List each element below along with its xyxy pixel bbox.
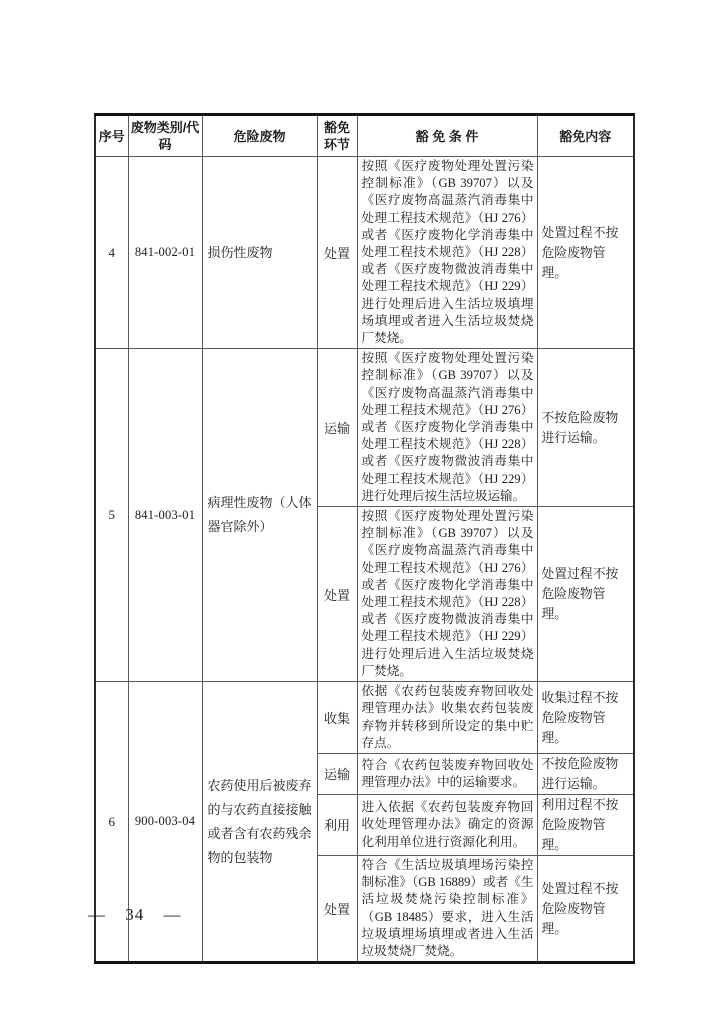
cell-waste-code: 841-002-01 <box>128 157 202 349</box>
cell-exemption-condition: 依据《农药包装废弃物回收处理管理办法》收集农药包装废弃物并转移到所设定的集中贮存… <box>357 682 537 754</box>
cell-exemption-stage: 收集 <box>317 682 357 754</box>
cell-exemption-content: 不按危险废物进行运输。 <box>537 349 634 507</box>
table-header-row: 序号 废物类别/代码 危险废物 豁免环节 豁 免 条 件 豁免内容 <box>95 115 634 157</box>
cell-waste-name: 农药使用后被废弃的与农药直接接触或者含有农药残余物的包装物 <box>202 682 317 963</box>
page-number: — 34 — <box>88 905 182 925</box>
cell-exemption-condition: 符合《农药包装废弃物回收处理管理办法》中的运输要求。 <box>357 753 537 794</box>
col-header-serial: 序号 <box>95 115 128 157</box>
hazardous-waste-exemption-table: 序号 废物类别/代码 危险废物 豁免环节 豁 免 条 件 豁免内容 4 841-… <box>94 113 635 964</box>
cell-serial-no: 4 <box>95 157 128 349</box>
cell-waste-name: 病理性废物（人体器官除外） <box>202 349 317 682</box>
col-header-category-code: 废物类别/代码 <box>128 115 202 157</box>
cell-exemption-condition: 按照《医疗废物处理处置污染控制标准》（GB 39707）以及《医疗废物高温蒸汽消… <box>357 349 537 507</box>
table-row-6a: 6 900-003-04 农药使用后被废弃的与农药直接接触或者含有农药残余物的包… <box>95 682 634 754</box>
cell-exemption-stage: 利用 <box>317 794 357 855</box>
cell-exemption-content: 利用过程不按危险废物管理。 <box>537 794 634 855</box>
cell-exemption-content: 处置过程不按危险废物管理。 <box>537 157 634 349</box>
col-header-exemption-stage: 豁免环节 <box>317 115 357 157</box>
cell-exemption-stage: 处置 <box>317 157 357 349</box>
cell-exemption-content: 不按危险废物进行运输。 <box>537 753 634 794</box>
cell-exemption-content: 处置过程不按危险废物管理。 <box>537 855 634 962</box>
table-row-5a: 5 841-003-01 病理性废物（人体器官除外） 运输 按照《医疗废物处理处… <box>95 349 634 507</box>
col-header-exemption-content: 豁免内容 <box>537 115 634 157</box>
cell-exemption-condition: 按照《医疗废物处理处置污染控制标准》（GB 39707）以及《医疗废物高温蒸汽消… <box>357 157 537 349</box>
document-page: 序号 废物类别/代码 危险废物 豁免环节 豁 免 条 件 豁免内容 4 841-… <box>0 0 724 1024</box>
cell-waste-name: 损伤性废物 <box>202 157 317 349</box>
cell-serial-no: 5 <box>95 349 128 682</box>
table-row-4: 4 841-002-01 损伤性废物 处置 按照《医疗废物处理处置污染控制标准》… <box>95 157 634 349</box>
cell-exemption-condition: 符合《生活垃圾填埋场污染控制标准》（GB 16889）或者《生活垃圾焚烧污染控制… <box>357 855 537 962</box>
cell-exemption-stage: 运输 <box>317 753 357 794</box>
cell-exemption-content: 收集过程不按危险废物管理。 <box>537 682 634 754</box>
cell-exemption-condition: 按照《医疗废物处理处置污染控制标准》（GB 39707）以及《医疗废物高温蒸汽消… <box>357 507 537 682</box>
cell-exemption-content: 处置过程不按危险废物管理。 <box>537 507 634 682</box>
col-header-hazardous-waste: 危险废物 <box>202 115 317 157</box>
cell-exemption-stage: 运输 <box>317 349 357 507</box>
col-header-exemption-condition: 豁 免 条 件 <box>357 115 537 157</box>
cell-exemption-stage: 处置 <box>317 507 357 682</box>
cell-waste-code: 841-003-01 <box>128 349 202 682</box>
cell-exemption-stage: 处置 <box>317 855 357 962</box>
cell-exemption-condition: 进入依据《农药包装废弃物回收处理管理办法》确定的资源化利用单位进行资源化利用。 <box>357 794 537 855</box>
